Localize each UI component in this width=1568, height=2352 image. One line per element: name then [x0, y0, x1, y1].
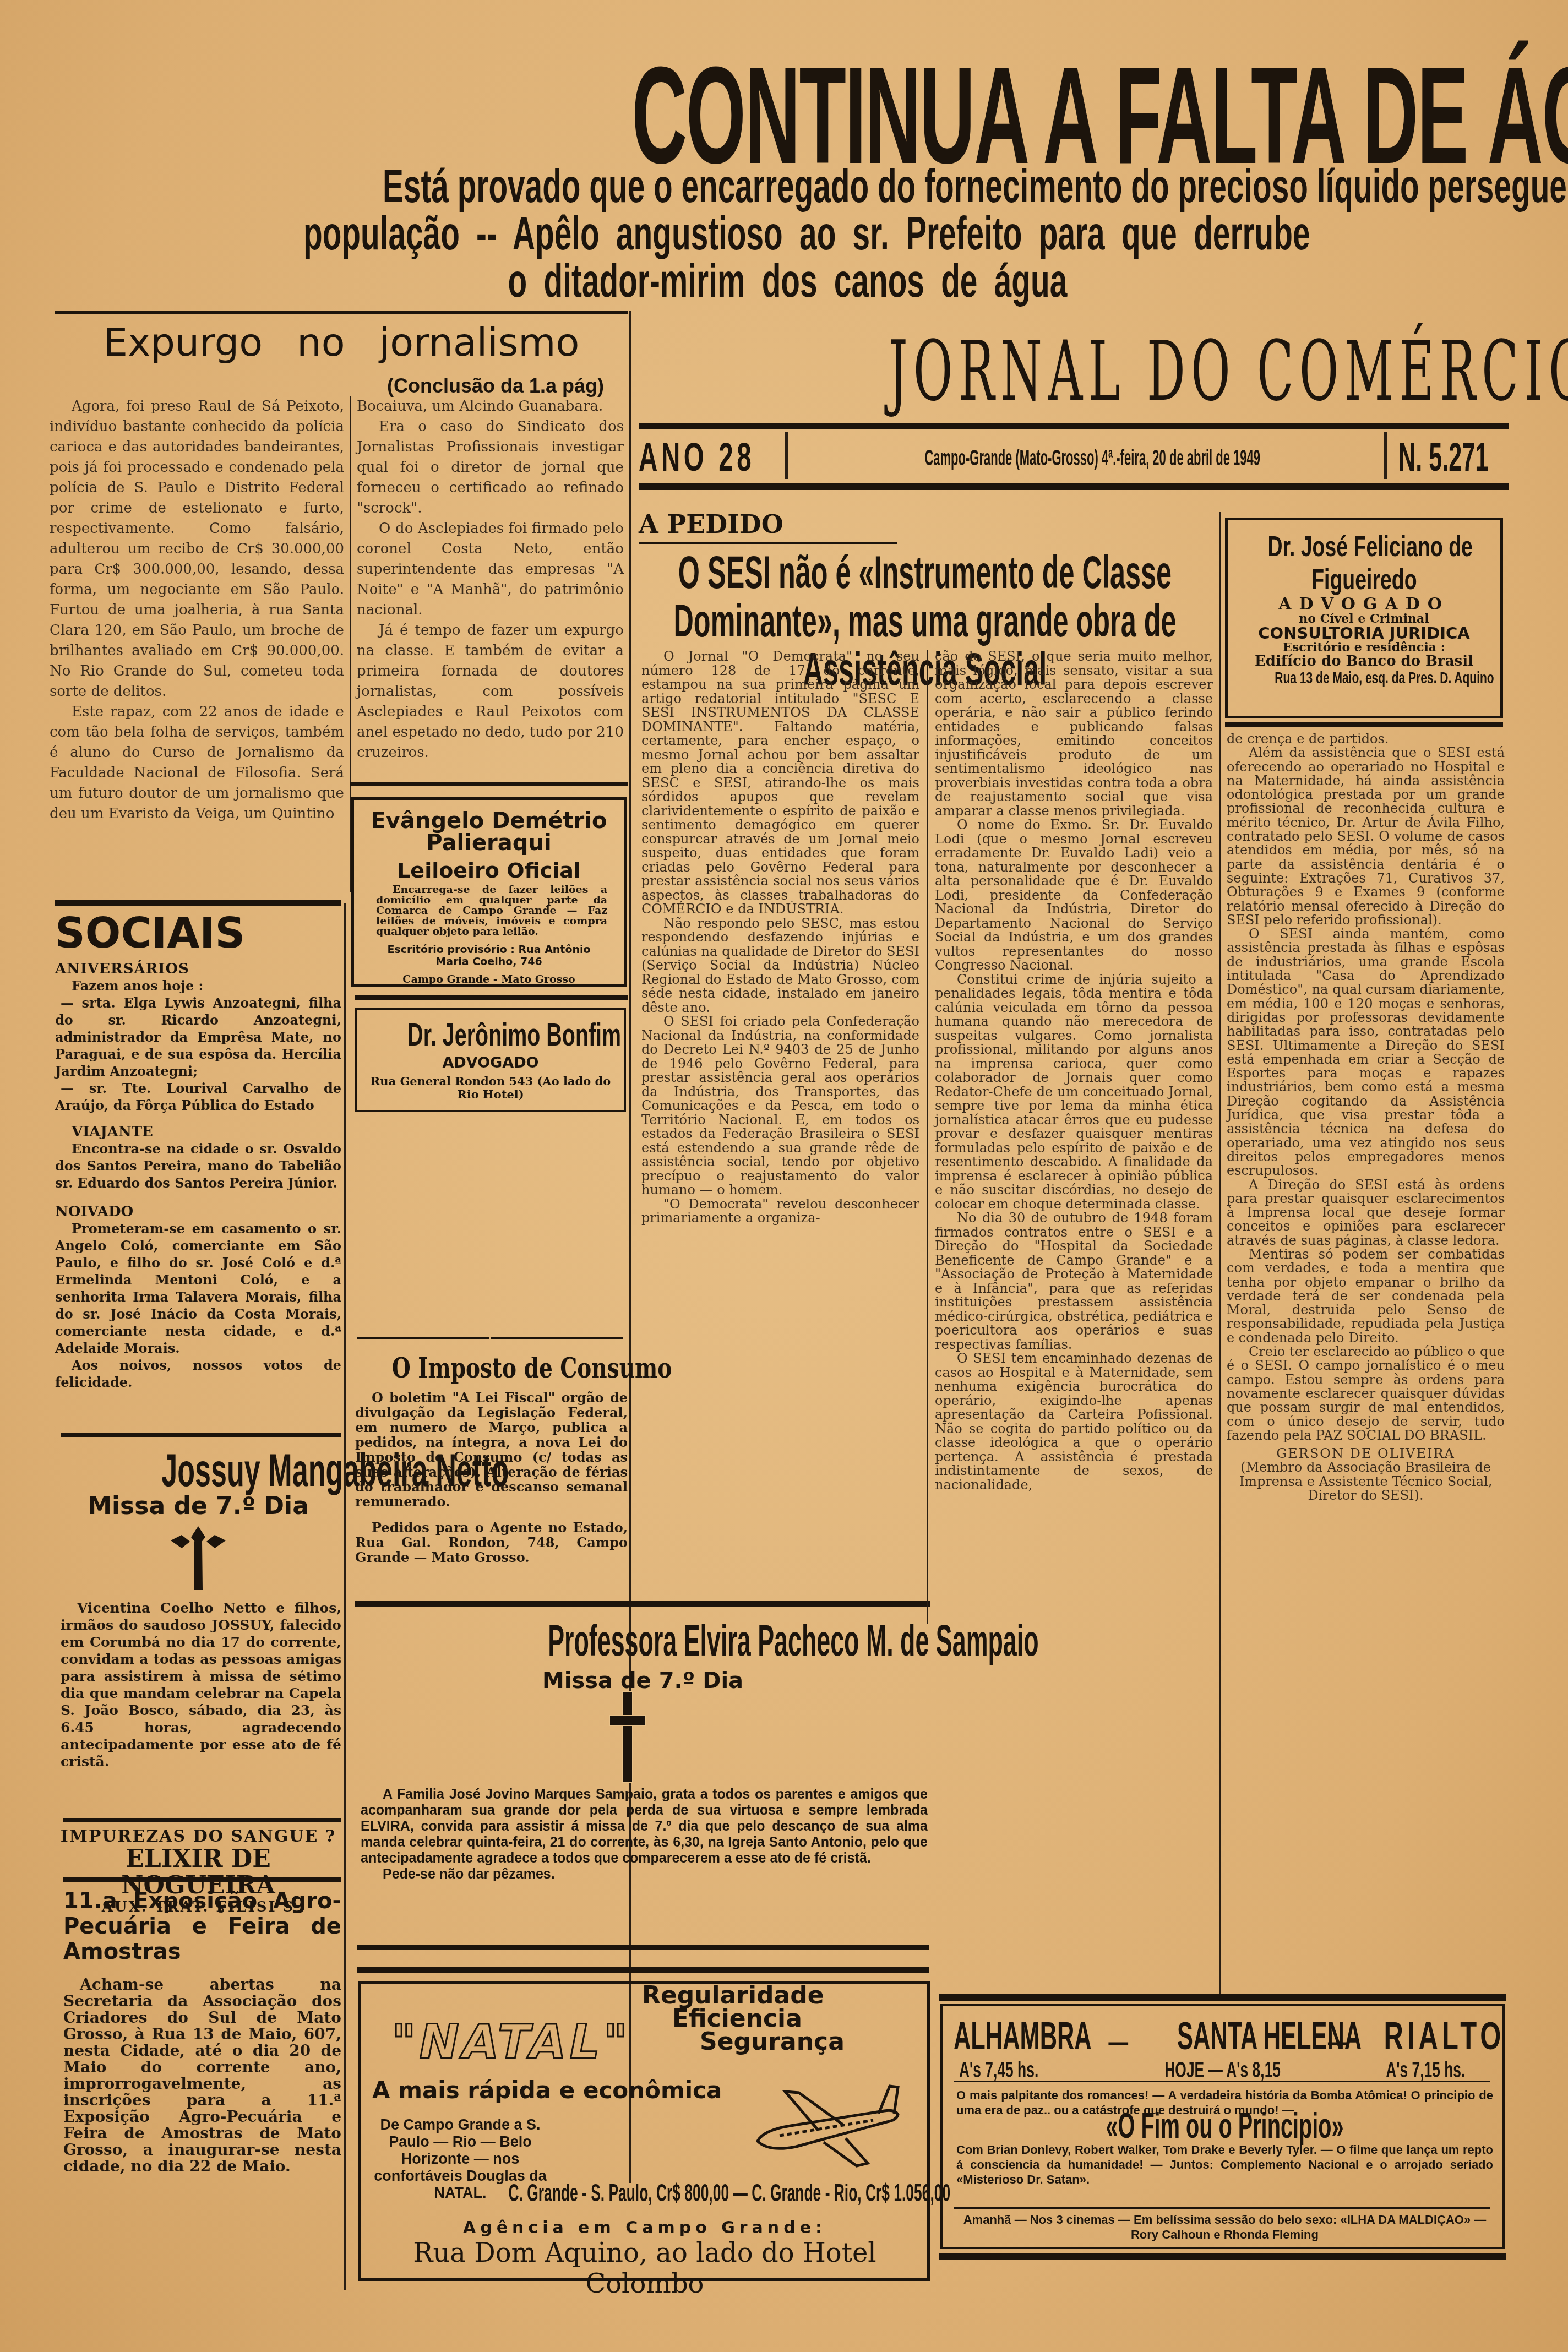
natal-slogan: Regularidade Eficiencia Segurança — [642, 1984, 917, 2054]
divider — [639, 542, 897, 544]
expurgo-continuation: (Conclusão da 1.a pág) — [363, 374, 628, 398]
cinema-blurb: O mais palpitante dos romances! — A verd… — [956, 2088, 1493, 2187]
cinema-tomorrow: Amanhã — Nos 3 cinemas — Em belíssima se… — [956, 2212, 1493, 2242]
divider — [55, 900, 341, 906]
leiloeiro-role: Leiloeiro Oficial — [354, 858, 624, 883]
exposicao-title: 11.a Exposição Agro-Pecuária e Feira de … — [63, 1888, 341, 1964]
bonfim-ad: Dr. Jerônimo Bonfim ADVOGADO Rua General… — [355, 1008, 626, 1112]
cross-icon — [608, 1690, 647, 1784]
natal-agency-label: Agência em Campo Grande: — [361, 2218, 928, 2237]
jossuy-text: Vicentina Coelho Netto e filhos, irmãos … — [61, 1599, 341, 1770]
film-title: «O Fim ou o Principio» — [1106, 2119, 1343, 2133]
divider — [55, 311, 628, 314]
column-rule — [1384, 432, 1387, 479]
cinema-ad: ALHAMBRA — SANTA HELENA — RIALTO A's 7,4… — [940, 2004, 1505, 2249]
divider — [63, 1818, 341, 1822]
elvira-name: Professora Elvira Pacheco M. de Sampaio — [355, 1616, 930, 1665]
sociais-body: ANIVERSÁRIOS Fazem anos hoje : — srta. E… — [55, 961, 341, 1391]
divider — [939, 2253, 1506, 2260]
divider — [639, 423, 1509, 429]
divider — [350, 782, 628, 786]
newspaper-page: CONTINUA A FALTA DE ÁGUA NA CIDADE Está … — [0, 0, 1568, 2352]
column-rule — [629, 311, 631, 2183]
natal-ad: "NATAL" Regularidade Eficiencia Seguranç… — [358, 1981, 930, 2281]
signature: GERSON DE OLIVEIRA — [1227, 1447, 1505, 1461]
divider — [61, 1433, 341, 1437]
leiloeiro-ad: Evângelo Demétrio Palieraqui Leiloeiro O… — [351, 797, 627, 987]
natal-agency-address: Rua Dom Aquino, ao lado do Hotel Colombo — [361, 2237, 928, 2299]
expurgo-col2: Bocaiuva, um Alcindo Guanabara. Era o ca… — [357, 396, 624, 763]
divider — [63, 1877, 341, 1882]
sociais-title: SOCIAIS — [55, 908, 245, 958]
masthead-name: JORNAL DO COMÉRCIO — [633, 330, 1503, 413]
column-rule — [927, 650, 928, 1624]
divider — [357, 1967, 929, 1973]
cinema-theaters: ALHAMBRA — SANTA HELENA — RIALTO — [943, 2006, 1502, 2058]
expurgo-col1: Agora, foi preso Raul de Sá Peixoto, ind… — [50, 396, 344, 824]
divider — [355, 1601, 930, 1607]
cross-icon — [168, 1525, 228, 1591]
imposto-text: O boletim "A Lei Fiscal" orgão de divulg… — [355, 1390, 628, 1565]
leiloeiro-name: Evângelo Demétrio Palieraqui — [354, 810, 624, 854]
divider — [954, 2081, 1490, 2082]
natal-prices: C. Grande - S. Paulo, Cr$ 800,00 — C. Gr… — [361, 2180, 928, 2207]
divider — [1225, 722, 1503, 727]
column-rule — [350, 396, 351, 892]
headline-subtitle: Está provado que o encarregado do fornec… — [44, 162, 1531, 304]
masthead-dateline: Campo-Grande (Mato-Grosso) 4ª.-feira, 20… — [787, 446, 1382, 471]
jossuy-name: Jossuy Mangabeira Netto — [55, 1445, 341, 1495]
signature-note: (Membro da Associação Brasileira de Impr… — [1227, 1461, 1505, 1502]
apedido-col1: O Jornal "O Democrata" no seu número 128… — [641, 650, 919, 1226]
divider — [357, 1337, 489, 1339]
divider — [355, 995, 628, 1000]
divider — [491, 1337, 623, 1339]
column-rule — [1219, 512, 1221, 1999]
airplane-icon — [747, 2081, 912, 2169]
figueiredo-ad: Dr. José Feliciano de Figueiredo ADVOGAD… — [1225, 518, 1503, 718]
cinema-times: A's 7,45 hs. HOJE — A's 8,15 A's 7,15 hs… — [943, 2058, 1502, 2083]
column-rule — [344, 903, 346, 2290]
apedido-col3: de crença e de partidos. Além da assistê… — [1227, 732, 1505, 1502]
apedido-col2: ção do SESI, o que seria muito melhor, m… — [935, 650, 1213, 1492]
imposto-title: O Imposto de Consumo — [352, 1352, 628, 1384]
apedido-kicker: A PEDIDO — [639, 509, 783, 539]
divider — [357, 1945, 929, 1950]
jossuy-subtitle: Missa de 7.º Dia — [55, 1492, 341, 1520]
natal-logo: "NATAL" — [391, 2015, 631, 2070]
divider — [939, 1994, 1506, 2001]
divider — [954, 2207, 1490, 2209]
elvira-text: A Familia José Jovino Marques Sampaio, g… — [361, 1787, 928, 1882]
expurgo-title: Expurgo no jornalismo — [55, 315, 628, 370]
divider — [639, 483, 1509, 490]
natal-tagline: A mais rápida e econômica — [372, 2077, 722, 2104]
exposicao-text: Acham-se abertas na Secretaria da Associ… — [63, 1977, 341, 2175]
masthead-issue: N. 5.271 — [1398, 435, 1548, 480]
